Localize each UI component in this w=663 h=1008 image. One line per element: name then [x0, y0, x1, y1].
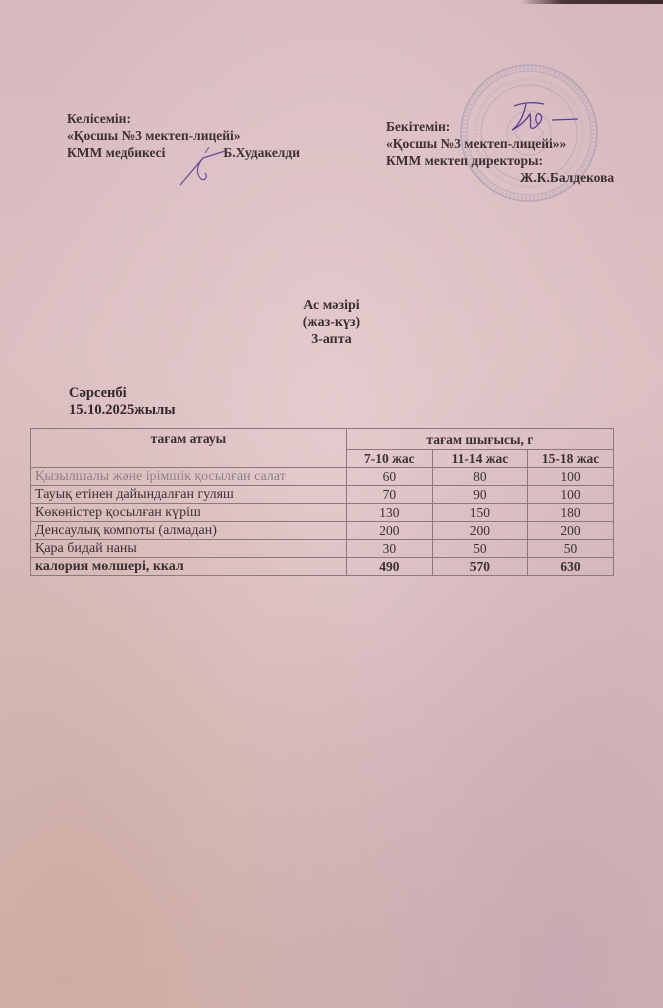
portion-value: 90 — [432, 486, 527, 504]
column-header-age-group: 11-14 жас — [432, 450, 527, 468]
approval-position: КММ медбикесі — [67, 144, 165, 161]
table-row: Қара бидай наны 30 50 50 — [31, 540, 614, 558]
calorie-value: 630 — [528, 558, 614, 576]
menu-table: тағам атауы тағам шығысы, г 7-10 жас 11-… — [30, 428, 614, 576]
portion-value: 30 — [346, 540, 432, 558]
table-total-row: калория мөлшері, ккал 490 570 630 — [31, 558, 614, 576]
dish-name: Көкөністер қосылған күріш — [31, 504, 347, 522]
portion-value: 80 — [432, 468, 527, 486]
portion-value: 200 — [432, 522, 527, 540]
approval-heading: Бекітемін: — [386, 118, 614, 135]
weekday: Сәрсенбі — [69, 385, 176, 402]
portion-value: 70 — [346, 486, 432, 504]
portion-value: 130 — [346, 504, 432, 522]
column-header-age-group: 7-10 жас — [346, 450, 432, 468]
menu-title-main: Ас мәзірі — [0, 297, 663, 314]
portion-value: 150 — [432, 504, 527, 522]
table-header-row: тағам атауы тағам шығысы, г — [31, 429, 614, 450]
calorie-value: 570 — [432, 558, 527, 576]
table-row: Қызылшалы және ірімшік қосылған салат 60… — [31, 468, 614, 486]
dish-name: Қара бидай наны — [31, 540, 347, 558]
portion-value: 100 — [528, 486, 614, 504]
portion-value: 180 — [528, 504, 614, 522]
table-row: Денсаулық компоты (алмадан) 200 200 200 — [31, 522, 614, 540]
column-header-output: тағам шығысы, г — [346, 429, 613, 450]
date-value: 15.10.2025жылы — [69, 402, 176, 419]
approval-position: КММ мектеп директоры: — [386, 152, 614, 169]
approval-organization: «Қосшы №3 мектеп-лицейі» — [67, 127, 300, 144]
portion-value: 50 — [432, 540, 527, 558]
portion-value: 60 — [346, 468, 432, 486]
approval-signer-name: Ж.К.Балдекова — [386, 169, 614, 186]
approval-organization: «Қосшы №3 мектеп-лицейі»» — [386, 135, 614, 152]
approval-block-director: Бекітемін: «Қосшы №3 мектеп-лицейі»» КММ… — [386, 118, 614, 186]
calorie-value: 490 — [346, 558, 432, 576]
portion-value: 50 — [528, 540, 614, 558]
table-row: Тауық етінен дайындалған гуляш 70 90 100 — [31, 486, 614, 504]
nurse-signature-icon — [175, 143, 235, 188]
menu-title-week: 3-апта — [0, 331, 663, 348]
portion-value: 200 — [528, 522, 614, 540]
dish-name: Қызылшалы және ірімшік қосылған салат — [31, 468, 347, 486]
page-edge-shadow — [520, 0, 663, 4]
portion-value: 100 — [528, 468, 614, 486]
menu-date: Сәрсенбі 15.10.2025жылы — [69, 385, 176, 419]
column-header-dish-name: тағам атауы — [31, 429, 347, 468]
table-row: Көкөністер қосылған күріш 130 150 180 — [31, 504, 614, 522]
dish-name: Тауық етінен дайындалған гуляш — [31, 486, 347, 504]
column-header-age-group: 15-18 жас — [528, 450, 614, 468]
menu-title-season: (жаз-күз) — [0, 314, 663, 331]
approval-heading: Келісемін: — [67, 110, 300, 127]
dish-name: Денсаулық компоты (алмадан) — [31, 522, 347, 540]
total-label: калория мөлшері, ккал — [31, 558, 347, 576]
portion-value: 200 — [346, 522, 432, 540]
menu-title: Ас мәзірі (жаз-күз) 3-апта — [0, 297, 663, 348]
